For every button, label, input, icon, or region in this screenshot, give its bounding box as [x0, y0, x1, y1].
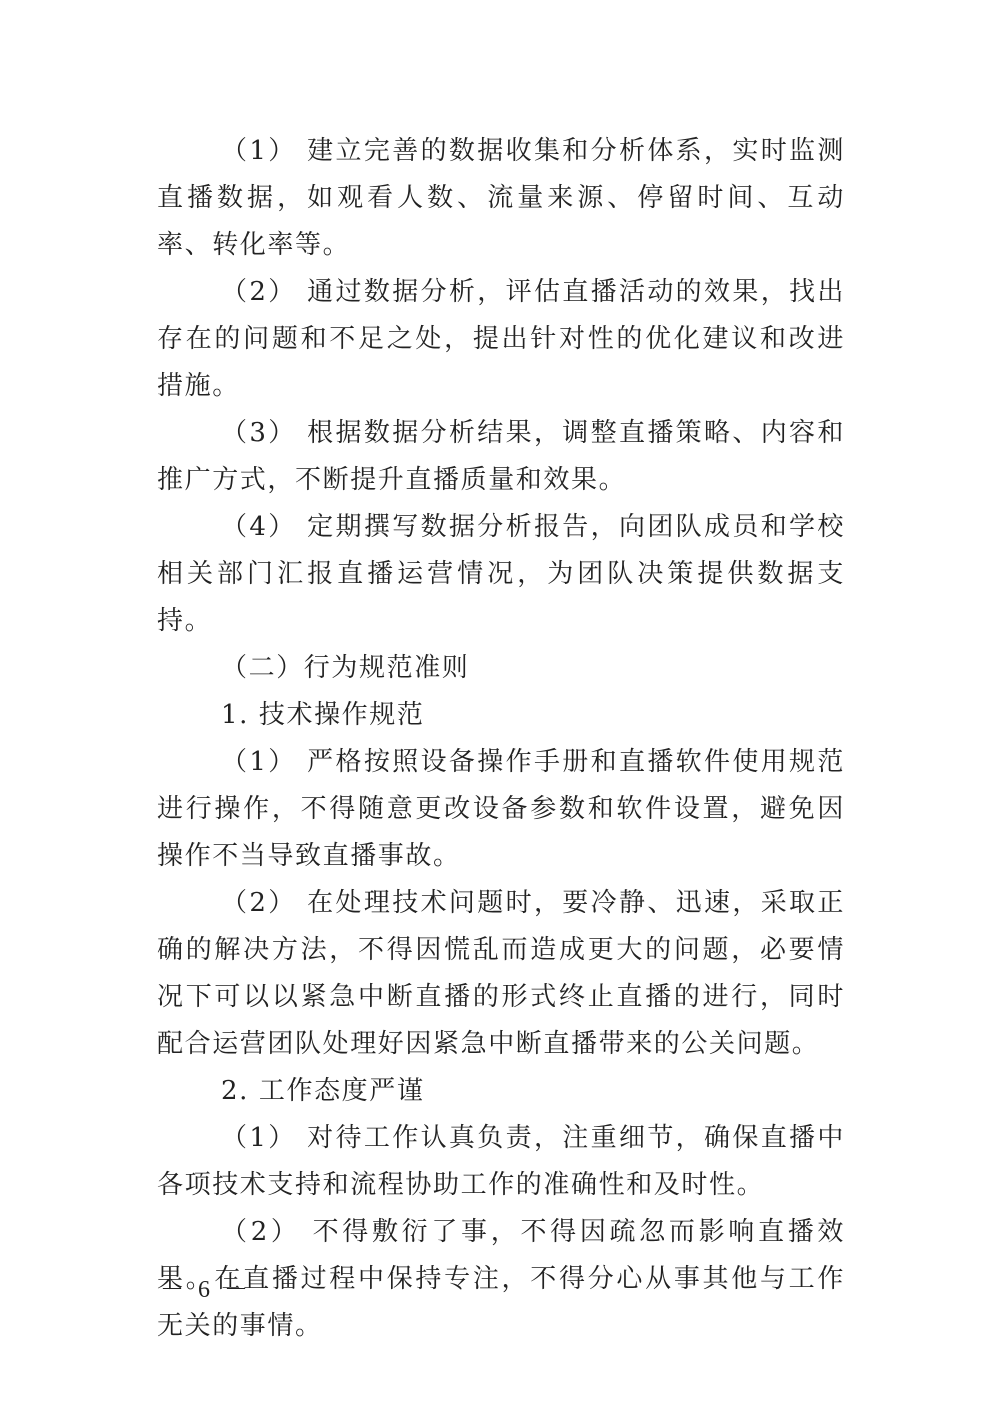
paragraph-strategy-adjustment: （3） 根据数据分析结果，调整直播策略、内容和推广方式，不断提升直播质量和效果。	[157, 410, 845, 504]
section-heading-conduct-rules: （二）行为规范准则	[157, 645, 845, 692]
document-body: （1） 建立完善的数据收集和分析体系，实时监测直播数据，如观看人数、流量来源、停…	[157, 128, 845, 1350]
paragraph-responsibility: （1） 对待工作认真负责，注重细节，确保直播中各项技术支持和流程协助工作的准确性…	[157, 1115, 845, 1209]
paragraph-operation-manual: （1） 严格按照设备操作手册和直播软件使用规范进行操作，不得随意更改设备参数和软…	[157, 739, 845, 880]
paragraph-analysis-report: （4） 定期撰写数据分析报告，向团队成员和学校相关部门汇报直播运营情况，为团队决…	[157, 504, 845, 645]
subheading-technical-operation: 1. 技术操作规范	[157, 692, 845, 739]
paragraph-data-collection: （1） 建立完善的数据收集和分析体系，实时监测直播数据，如观看人数、流量来源、停…	[157, 128, 845, 269]
paragraph-technical-issues: （2） 在处理技术问题时，要冷静、迅速，采取正确的解决方法，不得因慌乱而造成更大…	[157, 880, 845, 1068]
paragraph-focus: （2） 不得敷衍了事，不得因疏忽而影响直播效果。在直播过程中保持专注，不得分心从…	[157, 1209, 845, 1350]
paragraph-data-evaluation: （2） 通过数据分析，评估直播活动的效果，找出存在的问题和不足之处，提出针对性的…	[157, 269, 845, 410]
page-number: － 6 －	[160, 1274, 252, 1306]
subheading-work-attitude: 2. 工作态度严谨	[157, 1068, 845, 1115]
